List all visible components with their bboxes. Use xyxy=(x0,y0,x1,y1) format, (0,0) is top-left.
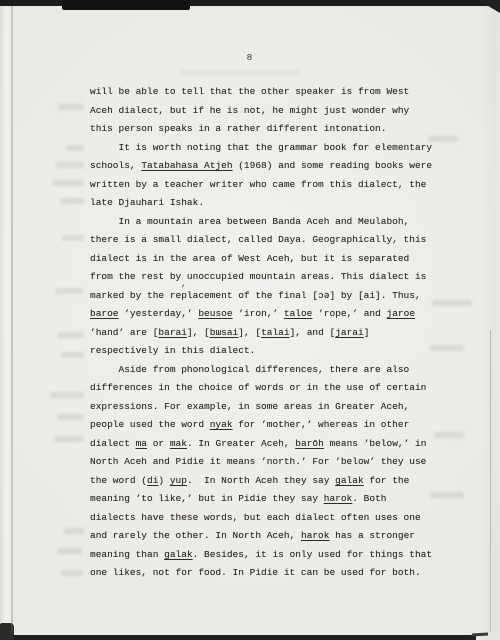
text-line: and rarely the other. In North Aceh, har… xyxy=(90,527,442,546)
text-line: there is a small dialect, called Daya. G… xyxy=(90,231,442,250)
bleedthrough-smudge xyxy=(180,70,300,75)
bleedthrough-smudge xyxy=(56,162,84,168)
text-line: late Djauhari Ishak. xyxy=(90,194,442,213)
bleedthrough-smudge xyxy=(62,235,84,241)
scan-top-bar-thick xyxy=(62,0,190,10)
bleedthrough-smudge xyxy=(62,570,82,576)
text-line: the word (di) yup. In North Aceh they sa… xyxy=(90,472,442,491)
text-line: baroe ’yesterday,’ beusoe ’iron,’ taloe … xyxy=(90,305,442,324)
bleedthrough-smudge xyxy=(58,414,84,420)
text-line: Aceh dialect, but if he is not, he might… xyxy=(90,102,442,121)
page-edge-right xyxy=(490,330,491,632)
text-line: North Aceh and Pidie it means ’north.’ F… xyxy=(90,453,442,472)
bleedthrough-smudge xyxy=(60,198,84,204)
text-line: respectively in this dialect. xyxy=(90,342,442,361)
stray-typewriter-mark: , xyxy=(181,278,187,289)
text-line: In a mountain area between Banda Aceh an… xyxy=(90,213,442,232)
text-line: marked by the replacement of the final [… xyxy=(90,287,442,306)
bleedthrough-smudge xyxy=(58,548,82,554)
text-line: Aside from phonological differences, the… xyxy=(90,361,442,380)
text-line: differences in the choice of words or in… xyxy=(90,379,442,398)
text-line: one likes, not for food. In Pidie it can… xyxy=(90,564,442,583)
text-line: schools, Tatabahasa Atjeh (1968) and som… xyxy=(90,157,442,176)
bleedthrough-smudge xyxy=(55,288,83,294)
text-line: dialects have these words, but each dial… xyxy=(90,509,442,528)
page-number: 8 xyxy=(0,52,500,63)
bleedthrough-smudge xyxy=(58,104,84,110)
text-line: meaning ’to like,’ but in Pidie they say… xyxy=(90,490,442,509)
bleedthrough-smudge xyxy=(52,180,84,186)
text-line: people used the word nyak for ’mother,’ … xyxy=(90,416,442,435)
bleedthrough-smudge xyxy=(62,352,84,358)
scan-top-corner xyxy=(478,0,500,13)
text-line: dialect is in the area of West Aceh, but… xyxy=(90,250,442,269)
text-line: ’hand’ are [barai], [bɯsai], [talai], an… xyxy=(90,324,442,343)
scan-bottom-bar xyxy=(0,635,476,640)
text-line: from the rest by unoccupied mountain are… xyxy=(90,268,442,287)
page-edge-left xyxy=(11,6,13,634)
text-line: written by a teacher writer who came fro… xyxy=(90,176,442,195)
text-line: this person speaks in a rather different… xyxy=(90,120,442,139)
bleedthrough-smudge xyxy=(58,332,84,338)
text-line: It is worth noting that the grammar book… xyxy=(90,139,442,158)
bleedthrough-smudge xyxy=(64,528,84,534)
text-line: meaning than galak. Besides, it is only … xyxy=(90,546,442,565)
text-line: dialect ma or mak. In Greater Aceh, barō… xyxy=(90,435,442,454)
text-line: expressions. For example, in some areas … xyxy=(90,398,442,417)
bleedthrough-smudge xyxy=(50,392,84,398)
document-text: will be able to tell that the other spea… xyxy=(90,83,442,583)
text-line: will be able to tell that the other spea… xyxy=(90,83,442,102)
bleedthrough-smudge xyxy=(54,436,84,442)
bleedthrough-smudge xyxy=(66,145,84,151)
